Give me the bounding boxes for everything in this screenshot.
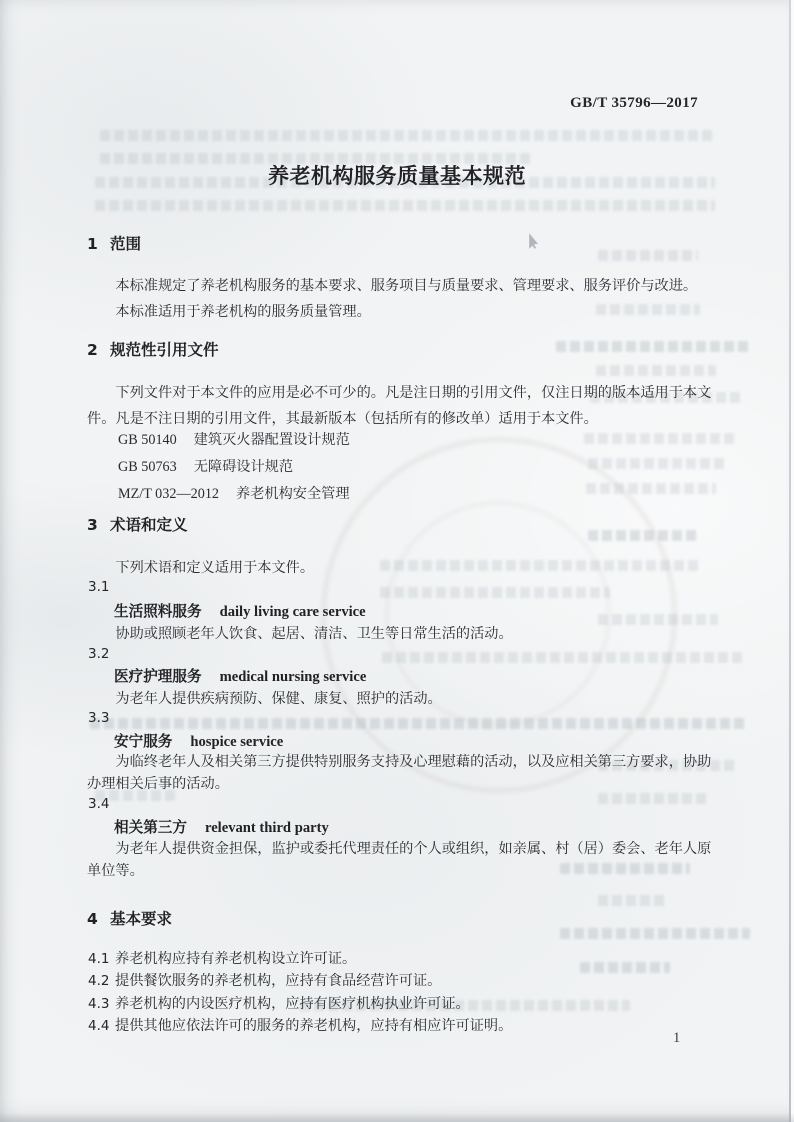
section-4-title: 基本要求 bbox=[110, 910, 172, 928]
reference-code: GB 50140 bbox=[118, 432, 177, 448]
bleedthrough-text-artifact bbox=[596, 365, 716, 376]
paragraph: 协助或照顾老年人饮食、起居、清洁、卫生等日常生活的活动。 bbox=[87, 623, 719, 645]
term-definition: 协助或照顾老年人饮食、起居、清洁、卫生等日常生活的活动。 bbox=[87, 623, 719, 645]
paragraph: 为临终老年人及相关第三方提供特别服务支持及心理慰藉的活动，以及应相关第三方要求，… bbox=[87, 751, 719, 796]
paragraph: 下列文件对于本文件的应用是必不可少的。凡是注日期的引用文件，仅注日期的版本适用于… bbox=[87, 381, 719, 432]
term-zh: 生活照料服务 bbox=[114, 603, 202, 620]
clause-number: 4.3 bbox=[88, 996, 115, 1012]
section-1-body: 本标准规定了养老机构服务的基本要求、服务项目与质量要求、管理要求、服务评价与改进… bbox=[87, 274, 719, 325]
section-1-heading: 1范围 bbox=[87, 232, 141, 254]
clause-number-3-3: 3.3 bbox=[88, 710, 109, 726]
clause-text: 养老机构的内设医疗机构，应持有医疗机构执业许可证。 bbox=[115, 996, 470, 1012]
bleedthrough-text-artifact bbox=[588, 530, 700, 541]
bleedthrough-text-artifact bbox=[100, 130, 715, 141]
term-entry: 安宁服务hospice service bbox=[87, 730, 719, 751]
reference-title: 无障碍设计规范 bbox=[194, 459, 293, 475]
term-definition: 为老年人提供疾病预防、保健、康复、照护的活动。 bbox=[87, 688, 719, 710]
clause-number: 4.1 bbox=[88, 951, 115, 967]
clause-number-3-4: 3.4 bbox=[88, 796, 109, 812]
reference-title: 建筑灭火器配置设计规范 bbox=[194, 432, 350, 448]
clause-number-3-1: 3.1 bbox=[88, 579, 109, 595]
term-en: medical nursing service bbox=[220, 669, 367, 685]
reference-code: GB 50763 bbox=[118, 459, 177, 475]
clause-item: 4.3养老机构的内设医疗机构，应持有医疗机构执业许可证。 bbox=[88, 993, 728, 1013]
bleedthrough-text-artifact bbox=[588, 458, 728, 469]
bleedthrough-text-artifact bbox=[584, 433, 734, 444]
paragraph: 为老年人提供疾病预防、保健、康复、照护的活动。 bbox=[87, 688, 719, 710]
section-2-intro: 下列文件对于本文件的应用是必不可少的。凡是注日期的引用文件，仅注日期的版本适用于… bbox=[87, 381, 719, 432]
bleedthrough-text-artifact bbox=[556, 341, 752, 352]
bleedthrough-text-artifact bbox=[380, 587, 610, 598]
clause-number: 4.2 bbox=[88, 973, 115, 989]
clause-text: 提供其他应依法许可的服务的养老机构，应持有相应许可证明。 bbox=[115, 1018, 512, 1034]
page-edge-shadow-bottom bbox=[0, 1113, 794, 1122]
standard-code: GB/T 35796—2017 bbox=[570, 95, 698, 112]
bleedthrough-text-artifact bbox=[598, 895, 668, 906]
reference-item: MZ/T 032—2012养老机构安全管理 bbox=[118, 483, 350, 503]
bleedthrough-text-artifact bbox=[90, 718, 745, 729]
section-4-number: 4 bbox=[87, 910, 110, 928]
page-number: 1 bbox=[673, 1030, 680, 1047]
clause-item: 4.2提供餐饮服务的养老机构，应持有食品经营许可证。 bbox=[88, 970, 728, 990]
section-2-title: 规范性引用文件 bbox=[110, 341, 219, 359]
term-entry: 医疗护理服务medical nursing service bbox=[87, 665, 719, 686]
term-en: daily living care service bbox=[220, 604, 366, 620]
term-en: relevant third party bbox=[205, 820, 329, 836]
paragraph: 本标准规定了养老机构服务的基本要求、服务项目与质量要求、管理要求、服务评价与改进… bbox=[87, 274, 719, 300]
reference-item: GB 50140建筑灭火器配置设计规范 bbox=[118, 429, 350, 449]
section-1-number: 1 bbox=[87, 235, 110, 253]
clause-number-3-2: 3.2 bbox=[88, 646, 109, 662]
bleedthrough-text-artifact bbox=[560, 928, 750, 939]
section-3-intro: 下列术语和定义适用于本文件。 bbox=[87, 556, 719, 582]
reference-code: MZ/T 032—2012 bbox=[118, 486, 219, 502]
clause-number: 4.4 bbox=[88, 1018, 115, 1034]
reference-title: 养老机构安全管理 bbox=[236, 486, 350, 502]
reference-item: GB 50763无障碍设计规范 bbox=[118, 456, 293, 476]
document-title: 养老机构服务质量基本规范 bbox=[0, 160, 794, 190]
term-entry: 生活照料服务daily living care service bbox=[87, 600, 719, 621]
term-zh: 安宁服务 bbox=[114, 733, 172, 750]
term-entry: 相关第三方relevant third party bbox=[87, 816, 719, 837]
section-1-title: 范围 bbox=[110, 235, 141, 253]
term-zh: 医疗护理服务 bbox=[114, 668, 202, 685]
section-3-heading: 3术语和定义 bbox=[87, 513, 188, 535]
section-3-number: 3 bbox=[87, 516, 110, 534]
section-3-title: 术语和定义 bbox=[110, 516, 188, 534]
bleedthrough-text-artifact bbox=[598, 250, 698, 261]
term-definition: 为老年人提供资金担保，监护或委托代理责任的个人或组织，如亲属、村（居）委会、老年… bbox=[87, 838, 719, 883]
clause-item: 4.1养老机构应持有养老机构设立许可证。 bbox=[88, 948, 728, 968]
bleedthrough-text-artifact bbox=[95, 200, 715, 211]
paragraph: 为老年人提供资金担保，监护或委托代理责任的个人或组织，如亲属、村（居）委会、老年… bbox=[87, 838, 719, 883]
term-en: hospice service bbox=[190, 734, 283, 750]
bleedthrough-text-artifact bbox=[586, 483, 716, 494]
section-4-heading: 4基本要求 bbox=[87, 907, 172, 929]
scanned-document-page: { "colors": { "paper": "#f1f3f4", "ink":… bbox=[0, 0, 794, 1122]
bleedthrough-text-artifact bbox=[382, 652, 742, 663]
term-definition: 为临终老年人及相关第三方提供特别服务支持及心理慰藉的活动，以及应相关第三方要求，… bbox=[87, 751, 719, 796]
paragraph: 下列术语和定义适用于本文件。 bbox=[87, 556, 719, 582]
mouse-pointer-icon bbox=[529, 233, 540, 249]
term-zh: 相关第三方 bbox=[114, 819, 187, 836]
clause-item: 4.4提供其他应依法许可的服务的养老机构，应持有相应许可证明。 bbox=[88, 1015, 728, 1035]
clause-text: 提供餐饮服务的养老机构，应持有食品经营许可证。 bbox=[115, 973, 441, 989]
paragraph: 本标准适用于养老机构的服务质量管理。 bbox=[87, 300, 719, 326]
section-2-heading: 2规范性引用文件 bbox=[87, 338, 219, 360]
section-2-number: 2 bbox=[87, 341, 110, 359]
clause-text: 养老机构应持有养老机构设立许可证。 bbox=[115, 951, 356, 967]
